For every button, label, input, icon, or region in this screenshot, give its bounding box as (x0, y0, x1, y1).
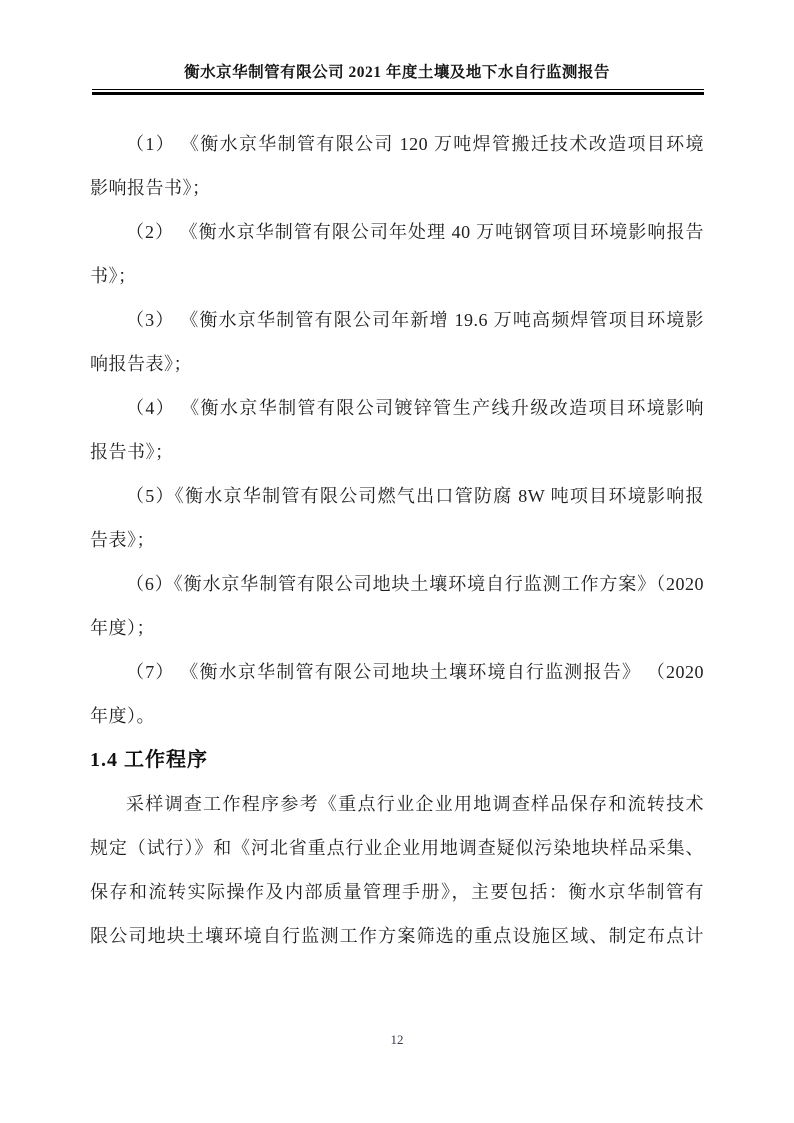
reference-line: （1） 《衡水京华制管有限公司 120 万吨焊管搬迁技术改造项目环境 (90, 122, 704, 166)
reference-item-6: （6）《衡水京华制管有限公司地块土壤环境自行监测工作方案》（2020 年度）； (90, 562, 704, 650)
reference-item-7: （7） 《衡水京华制管有限公司地块土壤环境自行监测报告》 （2020 年度）。 (90, 650, 704, 738)
reference-line: 年度）。 (90, 694, 704, 738)
section-heading-1-4: 1.4 工作程序 (90, 738, 704, 782)
document-page: 衡水京华制管有限公司 2021 年度土壤及地下水自行监测报告 （1） 《衡水京华… (0, 0, 794, 1123)
reference-line: 告表》； (90, 518, 704, 562)
reference-item-4: （4） 《衡水京华制管有限公司镀锌管生产线升级改造项目环境影响 报告书》； (90, 386, 704, 474)
reference-line: 报告书》； (90, 430, 704, 474)
running-header-title: 衡水京华制管有限公司 2021 年度土壤及地下水自行监测报告 (0, 58, 794, 88)
reference-line: （2） 《衡水京华制管有限公司年处理 40 万吨钢管项目环境影响报告 (90, 210, 704, 254)
paragraph-line: 保存和流转实际操作及内部质量管理手册》，主要包括：衡水京华制管有 (90, 870, 704, 914)
reference-line: （6）《衡水京华制管有限公司地块土壤环境自行监测工作方案》（2020 (90, 562, 704, 606)
reference-line: 响报告表》； (90, 342, 704, 386)
reference-item-5: （5）《衡水京华制管有限公司燃气出口管防腐 8W 吨项目环境影响报 告表》； (90, 474, 704, 562)
document-body: （1） 《衡水京华制管有限公司 120 万吨焊管搬迁技术改造项目环境 影响报告书… (90, 122, 704, 958)
header-double-rule (92, 89, 704, 95)
paragraph-line: 限公司地块土壤环境自行监测工作方案筛选的重点设施区域、制定布点计 (90, 914, 704, 958)
reference-line: （4） 《衡水京华制管有限公司镀锌管生产线升级改造项目环境影响 (90, 386, 704, 430)
reference-line: （5）《衡水京华制管有限公司燃气出口管防腐 8W 吨项目环境影响报 (90, 474, 704, 518)
paragraph-line: 规定（试行）》和《河北省重点行业企业用地调查疑似污染地块样品采集、 (90, 826, 704, 870)
reference-line: 书》； (90, 254, 704, 298)
reference-item-3: （3） 《衡水京华制管有限公司年新增 19.6 万吨高频焊管项目环境影 响报告表… (90, 298, 704, 386)
work-procedure-paragraph: 采样调查工作程序参考《重点行业企业用地调查样品保存和流转技术 规定（试行）》和《… (90, 782, 704, 958)
paragraph-line: 采样调查工作程序参考《重点行业企业用地调查样品保存和流转技术 (90, 782, 704, 826)
reference-line: （3） 《衡水京华制管有限公司年新增 19.6 万吨高频焊管项目环境影 (90, 298, 704, 342)
page-number: 12 (0, 1030, 794, 1050)
reference-line: 影响报告书》； (90, 166, 704, 210)
reference-line: （7） 《衡水京华制管有限公司地块土壤环境自行监测报告》 （2020 (90, 650, 704, 694)
reference-item-1: （1） 《衡水京华制管有限公司 120 万吨焊管搬迁技术改造项目环境 影响报告书… (90, 122, 704, 210)
reference-line: 年度）； (90, 606, 704, 650)
reference-item-2: （2） 《衡水京华制管有限公司年处理 40 万吨钢管项目环境影响报告 书》； (90, 210, 704, 298)
